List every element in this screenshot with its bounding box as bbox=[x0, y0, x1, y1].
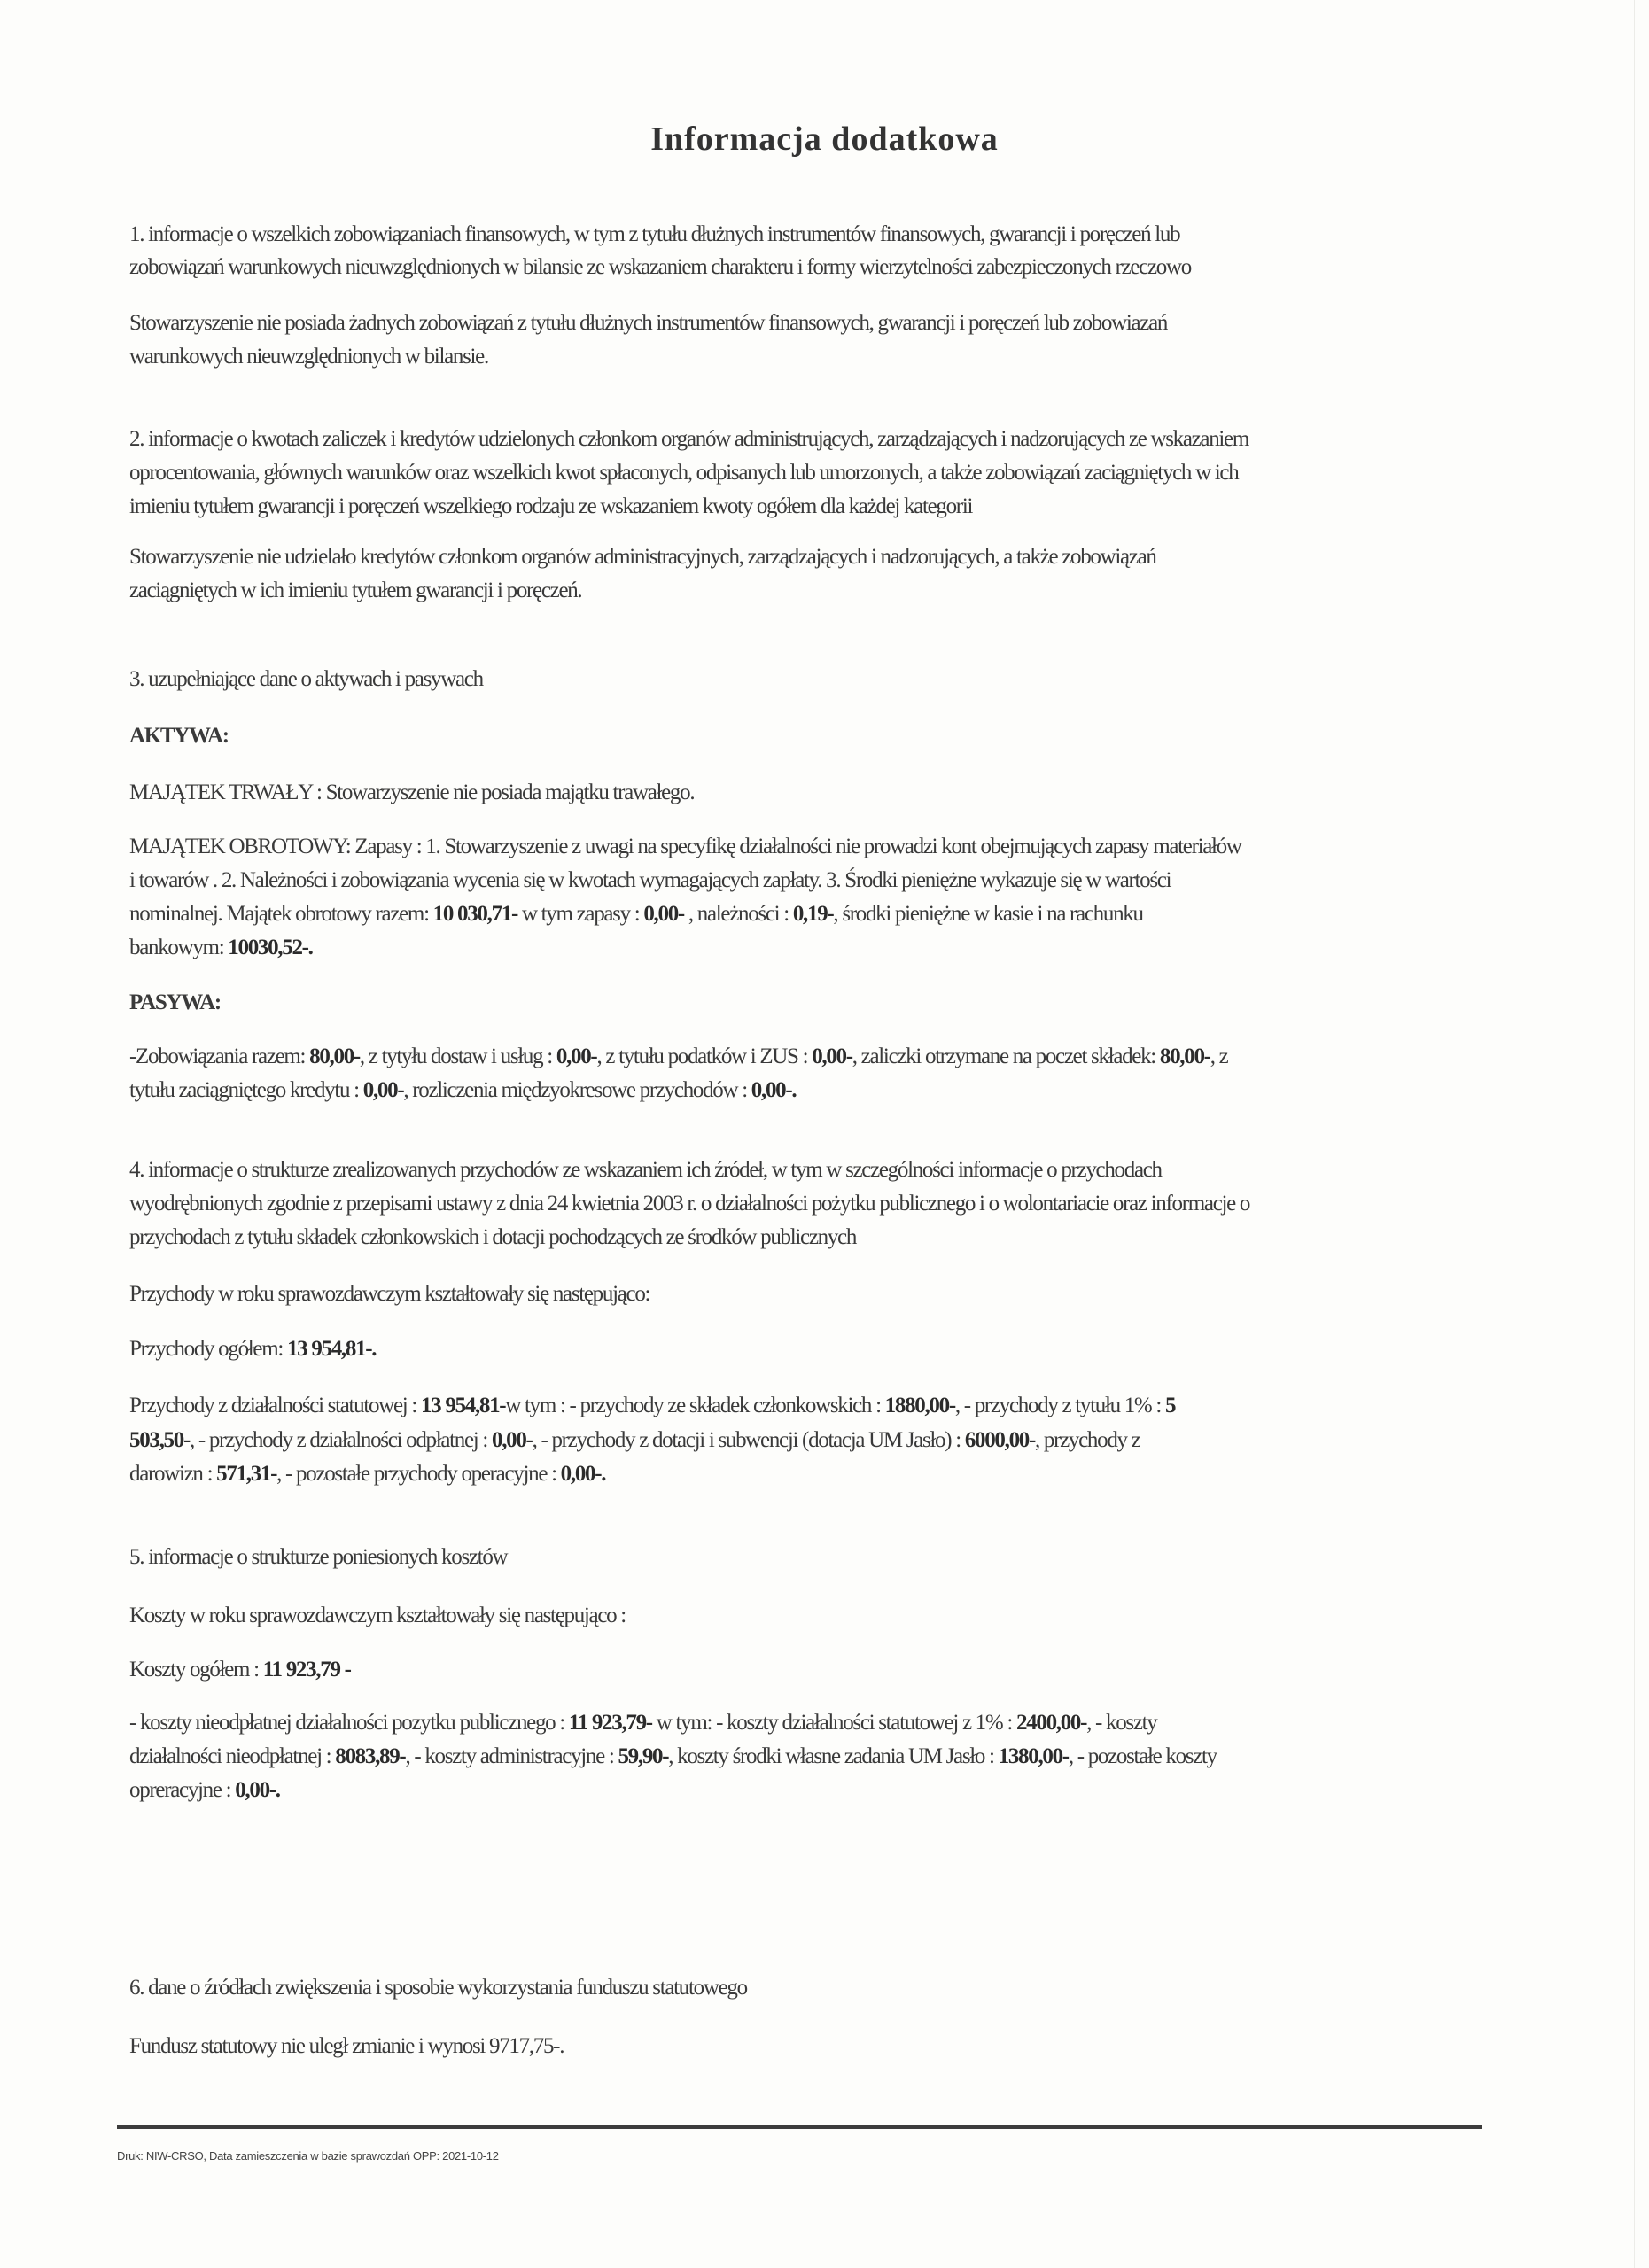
przychody-detail-line: 503,50-, - przychody z działalności odpł… bbox=[129, 1427, 1140, 1454]
przychody-detail-line: Przychody z działalności statutowej : 13… bbox=[129, 1393, 1175, 1419]
section-2-body-line: Stowarzyszenie nie udzielało kredytów cz… bbox=[129, 544, 1156, 571]
zobowiazania-razem: 80,00- bbox=[309, 1045, 360, 1068]
section-6-heading: 6. dane o źródłach zwiększenia i sposobi… bbox=[129, 1975, 747, 2001]
majatek-obrotowy-line: i towarów . 2. Należności i zobowiązania… bbox=[129, 867, 1171, 894]
section-2-heading-line: 2. informacje o kwotach zaliczek i kredy… bbox=[129, 426, 1248, 453]
jeden-procent-value: 5 bbox=[1165, 1394, 1175, 1417]
text: - koszty nieodpłatnej działalności pozyt… bbox=[129, 1711, 569, 1735]
section-2-heading-line: oprocentowania, głównych warunków oraz w… bbox=[129, 460, 1238, 486]
skladki-value: 1880,00- bbox=[885, 1394, 955, 1417]
koszty-ogolem: Koszty ogółem : 11 923,79 - bbox=[129, 1657, 351, 1683]
text: -Zobowiązania razem: bbox=[129, 1045, 309, 1068]
kredyt-value: 0,00- bbox=[363, 1078, 404, 1102]
zapasy-value: 0,00- bbox=[643, 902, 684, 926]
pasywa-label: PASYWA: bbox=[129, 990, 221, 1016]
dostawy-value: 0,00- bbox=[556, 1045, 597, 1068]
footer-divider bbox=[117, 2125, 1482, 2129]
text: , z tytyłu dostaw i usług : bbox=[360, 1045, 556, 1068]
text: , zaliczki otrzymane na poczet składek: bbox=[852, 1045, 1160, 1068]
majatek-trwaly: MAJĄTEK TRWAŁY : Stowarzyszenie nie posi… bbox=[129, 780, 694, 806]
footer-print-info: Druk: NIW-CRSO, Data zamieszczenia w baz… bbox=[117, 2149, 499, 2163]
majatek-obrotowy-line: nominalnej. Majątek obrotowy razem: 10 0… bbox=[129, 901, 1143, 928]
text: , środki pieniężne w kasie i na rachunku bbox=[833, 902, 1142, 926]
srodki-pieniezne-value: 10030,52-. bbox=[228, 936, 312, 959]
text: Przychody ogółem: bbox=[129, 1337, 287, 1361]
section-4-heading-line: wyodrębnionych zgodnie z przepisami usta… bbox=[129, 1191, 1249, 1217]
text: , - przychody z tytułu 1% : bbox=[955, 1394, 1165, 1417]
pozostale-koszty-value: 0,00-. bbox=[235, 1778, 280, 1802]
text: w tym: - koszty działalności statutowej … bbox=[652, 1711, 1016, 1735]
text: , - pozostałe koszty bbox=[1069, 1744, 1217, 1768]
section-5-heading: 5. informacje o strukturze poniesionych … bbox=[129, 1544, 507, 1571]
section-2-body-line: zaciągniętych w ich imieniu tytułem gwar… bbox=[129, 578, 581, 604]
przychody-intro: Przychody w roku sprawozdawczym kształto… bbox=[129, 1281, 649, 1308]
koszty-detail-line: - koszty nieodpłatnej działalności pozyt… bbox=[129, 1710, 1157, 1736]
text: nominalnej. Majątek obrotowy razem: bbox=[129, 902, 433, 926]
statutowe-value: 13 954,81- bbox=[421, 1394, 505, 1417]
text: w tym : - przychody ze składek członkows… bbox=[505, 1394, 884, 1417]
jeden-procent-value: 503,50- bbox=[129, 1428, 190, 1452]
text: w tym zapasy : bbox=[517, 902, 643, 926]
section-1-heading-line: zobowiązań warunkowych nieuwzględnionych… bbox=[129, 254, 1191, 281]
pozostale-przychody-value: 0,00-. bbox=[561, 1462, 606, 1486]
text: darowizn : bbox=[129, 1462, 216, 1486]
text: Koszty ogółem : bbox=[129, 1658, 263, 1682]
text: , - przychody z działalności odpłatnej : bbox=[190, 1428, 492, 1452]
section-2-heading-line: imieniu tytułem gwarancji i poręczeń wsz… bbox=[129, 493, 972, 520]
przychody-ogolem: Przychody ogółem: 13 954,81-. bbox=[129, 1336, 376, 1363]
aktywa-label: AKTYWA: bbox=[129, 723, 229, 750]
majatek-obrotowy-line: bankowym: 10030,52-. bbox=[129, 935, 313, 961]
darowizny-value: 571,31- bbox=[216, 1462, 276, 1486]
majatek-obrotowy-total: 10 030,71- bbox=[433, 902, 517, 926]
koszty-detail-line: działalności nieodpłatnej : 8083,89-, - … bbox=[129, 1744, 1217, 1770]
odplatna-value: 0,00- bbox=[492, 1428, 533, 1452]
section-1-body-line: Stowarzyszenie nie posiada żadnych zobow… bbox=[129, 310, 1167, 337]
przychody-detail-line: darowizn : 571,31-, - pozostałe przychod… bbox=[129, 1461, 605, 1487]
pasywa-line: tytułu zaciągniętego kredytu : 0,00-, ro… bbox=[129, 1077, 796, 1104]
fundusz-statutowy: Fundusz statutowy nie uległ zmianie i wy… bbox=[129, 2033, 564, 2060]
document-title: Informacja dodatkowa bbox=[0, 120, 1649, 159]
text: , przychody z bbox=[1035, 1428, 1140, 1452]
administracyjne-value: 59,90- bbox=[618, 1744, 668, 1768]
page-edge bbox=[1634, 0, 1635, 2268]
text: , rozliczenia międzyokresowe przychodów … bbox=[403, 1078, 751, 1102]
nieodplatne-value: 11 923,79- bbox=[569, 1711, 652, 1735]
rozliczenia-value: 0,00-. bbox=[751, 1078, 797, 1102]
text: , koszty środki własne zadania UM Jasło … bbox=[668, 1744, 998, 1768]
section-1-heading-line: 1. informacje o wszelkich zobowiązaniach… bbox=[129, 221, 1179, 248]
section-1-body-line: warunkowych nieuwzględnionych w bilansie… bbox=[129, 344, 488, 370]
zaliczki-value: 80,00- bbox=[1160, 1045, 1210, 1068]
section-3-heading: 3. uzupełniające dane o aktywach i pasyw… bbox=[129, 666, 483, 693]
dotacja-value: 6000,00- bbox=[965, 1428, 1035, 1452]
pasywa-line: -Zobowiązania razem: 80,00-, z tytyłu do… bbox=[129, 1044, 1227, 1070]
text: bankowym: bbox=[129, 936, 228, 959]
text: , z tytułu podatków i ZUS : bbox=[596, 1045, 812, 1068]
koszty-intro: Koszty w roku sprawozdawczym kształtował… bbox=[129, 1603, 626, 1629]
naleznosci-value: 0,19- bbox=[793, 902, 834, 926]
text: działalności nieodpłatnej : bbox=[129, 1744, 335, 1768]
przychody-total: 13 954,81-. bbox=[287, 1337, 376, 1361]
text: opreracyjne : bbox=[129, 1778, 235, 1802]
text: , należności : bbox=[684, 902, 793, 926]
text: tytułu zaciągniętego kredytu : bbox=[129, 1078, 363, 1102]
koszty-total: 11 923,79 - bbox=[263, 1658, 351, 1682]
majatek-obrotowy-line: MAJĄTEK OBROTOWY: Zapasy : 1. Stowarzysz… bbox=[129, 834, 1241, 860]
text: , - przychody z dotacji i subwencji (dot… bbox=[533, 1428, 965, 1452]
koszty-detail-line: opreracyjne : 0,00-. bbox=[129, 1777, 280, 1804]
section-4-heading-line: przychodach z tytułu składek członkowski… bbox=[129, 1224, 856, 1251]
srodki-wlasne-value: 1380,00- bbox=[999, 1744, 1069, 1768]
text: , z bbox=[1210, 1045, 1228, 1068]
nieodplatnej-value: 8083,89- bbox=[335, 1744, 405, 1768]
text: , - koszty administracyjne : bbox=[405, 1744, 618, 1768]
section-4-heading-line: 4. informacje o strukturze zrealizowanyc… bbox=[129, 1157, 1162, 1184]
text: , - pozostałe przychody operacyjne : bbox=[276, 1462, 561, 1486]
text: , - koszty bbox=[1086, 1711, 1156, 1735]
statutowe-1proc-value: 2400,00- bbox=[1016, 1711, 1086, 1735]
text: Przychody z działalności statutowej : bbox=[129, 1394, 421, 1417]
podatki-value: 0,00- bbox=[812, 1045, 852, 1068]
